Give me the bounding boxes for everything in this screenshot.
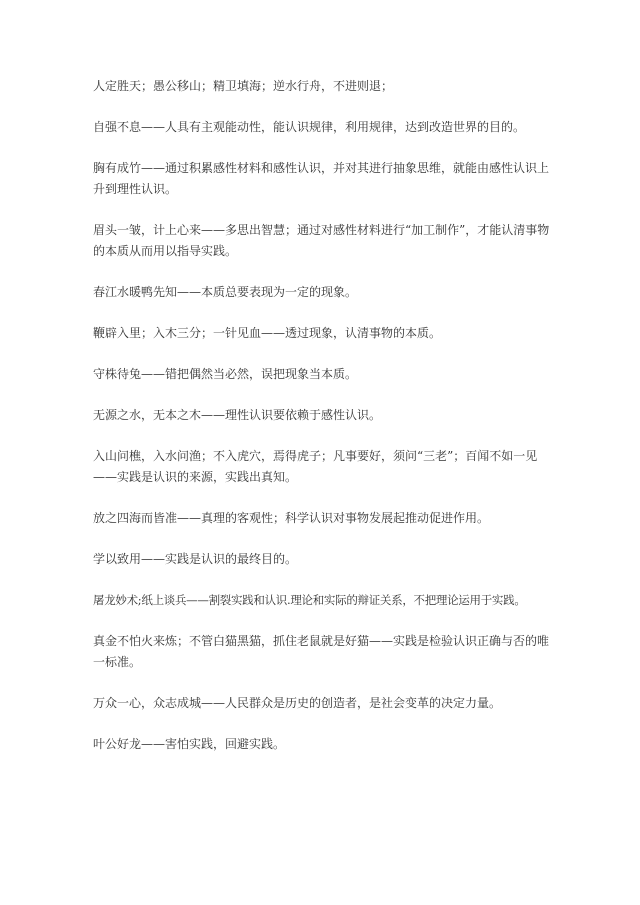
paragraph: 屠龙妙术;纸上谈兵——割裂实践和认识.理论和实际的辩证关系，不把理论运用于实践。 [93, 590, 553, 611]
paragraph: 无源之水，无本之木——理性认识要依赖于感性认识。 [93, 405, 553, 426]
paragraph: 学以致用——实践是认识的最终目的。 [93, 549, 553, 570]
document-page: 人定胜天；愚公移山；精卫填海；逆水行舟，不进则退； 自强不息——人具有主观能动性… [0, 0, 640, 905]
paragraph: 入山问樵，入水问渔；不入虎穴，焉得虎子；凡事要好，须问“三老”；百闻不如一见——… [93, 446, 553, 488]
paragraph: 守株待兔——错把偶然当必然，误把现象当本质。 [93, 364, 553, 385]
paragraph: 人定胜天；愚公移山；精卫填海；逆水行舟，不进则退； [93, 76, 553, 97]
paragraph: 叶公好龙——害怕实践，回避实践。 [93, 734, 553, 755]
paragraph: 自强不息——人具有主观能动性，能认识规律，利用规律，达到改造世界的目的。 [93, 117, 553, 138]
paragraph: 胸有成竹——通过积累感性材料和感性认识，并对其进行抽象思维，就能由感性认识上升到… [93, 158, 553, 200]
paragraph: 春江水暖鸭先知——本质总要表现为一定的现象。 [93, 282, 553, 303]
paragraph: 眉头一皱，计上心来——多思出智慧；通过对感性材料进行“加工制作”，才能认清事物的… [93, 220, 553, 262]
paragraph: 鞭辟入里；入木三分；一针见血——透过现象，认清事物的本质。 [93, 323, 553, 344]
paragraph: 真金不怕火来炼；不管白猫黑猫，抓住老鼠就是好猫——实践是检验认识正确与否的唯一标… [93, 631, 553, 673]
paragraph: 万众一心，众志成城——人民群众是历史的创造者，是社会变革的决定力量。 [93, 693, 553, 714]
paragraph: 放之四海而皆准——真理的客观性；科学认识对事物发展起推动促进作用。 [93, 508, 553, 529]
